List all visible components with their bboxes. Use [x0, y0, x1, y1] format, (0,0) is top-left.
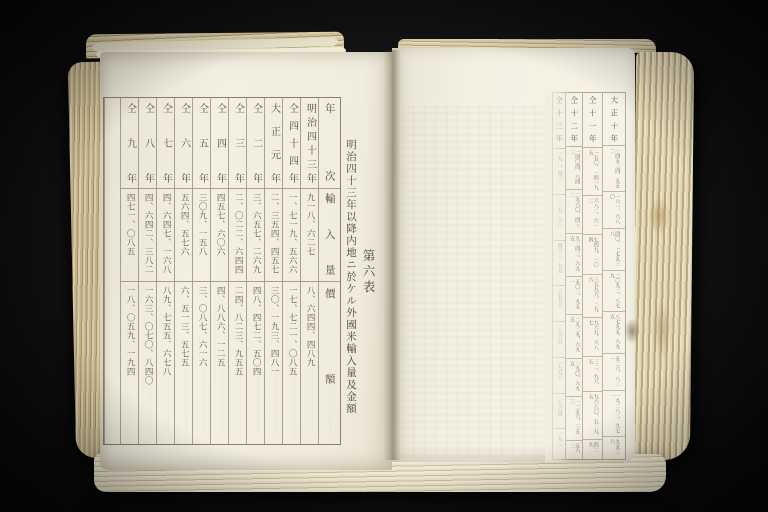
data-cell: 四〇、一七五三八 — [603, 229, 625, 271]
quantity-cell: 四、六四七、一六八 — [157, 189, 174, 282]
quantity-cell: 二、三五四、四五七 — [265, 189, 282, 282]
year-label: 仝五年 — [197, 103, 207, 183]
year-column: 仝九年四七一、〇八五一八、〇五九、一九四 — [120, 98, 138, 444]
quantity-cell: 三〇九、一五八 — [193, 189, 210, 282]
data-cell: 九六九、六八七 — [583, 318, 602, 357]
cell-value: 八七九五、六九五 — [609, 314, 620, 351]
value-cell: 八、六四四、四八九 — [301, 282, 318, 444]
year-cell: 仝九年 — [121, 98, 138, 189]
value-amount: 四八、四七二、五〇四 — [251, 286, 260, 440]
rice-import-table: 年次輸入量價額明治四十三年九一八、六二七八、六四四、四八九仝四十四年一、七一九、… — [103, 97, 341, 445]
quantity-value: 四五七、六〇六 — [215, 193, 224, 277]
cell-value: 七四九、一〇四 — [587, 237, 598, 271]
year-cell: 仝二年 — [247, 98, 264, 189]
year-cell: 仝六年 — [175, 98, 192, 189]
year-cell: 仝十一年 — [583, 93, 602, 148]
data-cell: 一六一、六八〇 — [603, 192, 625, 229]
cell-value: 一六一、六八〇 — [609, 194, 620, 226]
year-column: 仝二年三、六五七、二六九四八、四七二、五〇四 — [246, 98, 264, 444]
age-stain — [652, 300, 672, 360]
value-cell: 一八、〇五九、一九四 — [121, 282, 138, 444]
data-cell: 四二九 — [583, 440, 602, 459]
value-cell: 一六三、〇七〇、八四〇 — [139, 282, 156, 444]
value-amount: 一八、〇五九、一九四 — [125, 286, 134, 440]
value-cell: 四八、四七二、五〇四 — [247, 282, 264, 444]
quantity-cell: 九一八、六二七 — [301, 189, 318, 282]
data-cell: 一五〇、一四一九五 — [583, 148, 602, 197]
table-title: 第六表 明治四十三年以降内地ニ於ケル外國米輸入量及金額 — [344, 100, 377, 444]
quantity-value: 三、六五七、二六九 — [251, 193, 260, 277]
value-cell: 三、〇八七、六一六 — [193, 282, 210, 444]
fore-edge-page-stack — [632, 52, 694, 461]
year-label: 仝八年 — [143, 103, 153, 183]
year-label: 仝十二年 — [570, 96, 578, 142]
book-photograph: 年次輸入量價額明治四十三年九一八、六二七八、六四四、四八九仝四十四年一、七一九、… — [0, 0, 768, 512]
cell-value: 一九二八二、九七一 — [609, 393, 620, 434]
quantity-value: 四、六四七、一六八 — [161, 193, 170, 277]
quantity-value: 三〇九、一五八 — [197, 193, 206, 277]
data-cell: 一四五二四、五五二 — [603, 146, 625, 192]
value-amount: 三〇、一九三、四八一 — [269, 286, 278, 440]
cell-value: 四〇、一七五三八 — [609, 231, 620, 268]
year-cell: 仝三年 — [229, 98, 246, 189]
cell-value: 九五三六 — [609, 439, 620, 457]
quantity-value: 四七一、〇八五 — [125, 193, 134, 277]
year-label: 大正十年 — [610, 96, 618, 142]
quantity-cell: 五六四、五七六 — [175, 189, 192, 282]
ink-stain — [624, 318, 640, 344]
quantity-cell: 三、六五七、二六九 — [247, 189, 264, 282]
year-column: 大正元年二、三五四、四五七三〇、一九三、四八一 — [264, 98, 282, 444]
quantity-value: 二、〇二二、六四四 — [233, 193, 242, 277]
data-cell: 三二、九六五 — [583, 357, 602, 391]
year-column: 仝八年四、六四二、三八二一六三、〇七〇、八四〇 — [138, 98, 156, 444]
year-label: 仝七年 — [161, 103, 171, 183]
value-amount: 六、五一三、五七五 — [179, 286, 188, 440]
value-cell: 四、八八六、一二五 — [211, 282, 228, 444]
cell-value: 九六九、六八七 — [587, 320, 598, 354]
show-through-text — [402, 106, 546, 458]
value-amount: 八九、七五五、六七八 — [161, 286, 170, 440]
quantity-value: 二、三五四、四五七 — [269, 193, 278, 277]
value-amount: 二四、八二三、九五五 — [233, 286, 242, 440]
table-number-label: 第六表 — [359, 249, 377, 296]
year-column: 仝六年五六四、五七六六、五一三、五七五 — [174, 98, 192, 444]
value-amount: 四、八八六、一二五 — [215, 286, 224, 440]
cell-value: 一五〇、一四一九五 — [587, 150, 598, 194]
table-fade-overlay — [545, 90, 571, 462]
year-label: 大正元年 — [269, 103, 279, 183]
cell-value: 三二、九六五 — [587, 359, 598, 388]
year-label: 明治四十三年 — [305, 103, 315, 183]
data-cell: 一九二八二、九七一 — [603, 391, 625, 437]
cell-value: 二〇九二、八七九 — [609, 273, 620, 310]
row-header-quantity: 輸入量 — [319, 189, 340, 282]
cell-value: 四二九 — [587, 442, 598, 457]
quantity-cell: 四、六四二、三八二 — [139, 189, 156, 282]
book-gutter — [383, 50, 401, 460]
empty-column — [104, 98, 120, 444]
value-cell: 一七、七二一、〇八五 — [283, 282, 300, 444]
quantity-value: 四、六四二、三八二 — [143, 193, 152, 277]
year-column: 仝五年三〇九、一五八三、〇八七、六一六 — [192, 98, 210, 444]
quantity-cell: 四五七、六〇六 — [211, 189, 228, 282]
row-header-label: 年次 — [324, 103, 335, 181]
year-label: 仝六年 — [179, 103, 189, 183]
quantity-cell: 一、七一九、五六六 — [283, 189, 300, 282]
data-cell: 九五三六 — [603, 437, 625, 459]
year-label: 仝四十四年 — [287, 103, 297, 183]
table-title-text: 明治四十三年以降内地ニ於ケル外國米輸入量及金額 — [344, 139, 359, 415]
cell-value: 一四五二四、五五二 — [609, 148, 620, 189]
value-amount: 八、六四四、四八九 — [305, 286, 314, 440]
data-cell: 三五九六、二九六 — [583, 275, 602, 319]
year-column: 明治四十三年九一八、六二七八、六四四、四八九 — [300, 98, 318, 444]
quantity-cell: 二、〇二二、六四四 — [229, 189, 246, 282]
year-label: 仝三年 — [233, 103, 243, 183]
year-column: 仝三年二、〇二二、六四四二四、八二三、九五五 — [228, 98, 246, 444]
year-column: 仝七年四、六四七、一六八八九、七五五、六七八 — [156, 98, 174, 444]
value-cell: 六、五一三、五七五 — [175, 282, 192, 444]
value-cell: 三〇、一九三、四八一 — [265, 282, 282, 444]
table-header-column: 年次輸入量價額 — [318, 98, 340, 444]
data-cell: 六八二、六一二 — [583, 196, 602, 235]
year-column: 大正十年一四五二四、五五二一六一、六八〇四〇、一七五三八二〇九二、八七九八七九五… — [602, 93, 625, 459]
year-cell: 仝四十四年 — [283, 98, 300, 189]
quantity-value: 五六四、五七六 — [179, 193, 188, 277]
value-cell: 八九、七五五、六七八 — [157, 282, 174, 444]
year-cell: 仝七年 — [157, 98, 174, 189]
cell-value: 三五九六、二九六 — [587, 277, 598, 316]
year-column: 仝十一年一五〇、一四一九五六八二、六一二七四九、一〇四三五九六、二九六九六九、六… — [582, 93, 602, 459]
quantity-value: 九一八、六二七 — [305, 193, 314, 277]
data-cell: 九六八〇、五二九五 — [583, 392, 602, 441]
data-cell: 七四九、一〇四 — [583, 235, 602, 274]
data-cell: 八七九五、六九五 — [603, 312, 625, 354]
cell-value: 九六八〇、五二九五 — [587, 394, 598, 438]
year-cell: 仝八年 — [139, 98, 156, 189]
year-column: 仝四十四年一、七一九、五六六一七、七二一、〇八五 — [282, 98, 300, 444]
year-cell: 大正元年 — [265, 98, 282, 189]
year-cell: 仝五年 — [193, 98, 210, 189]
year-cell: 明治四十三年 — [301, 98, 318, 189]
value-amount: 三、〇八七、六一六 — [197, 286, 206, 440]
year-label: 仝九年 — [125, 103, 135, 183]
data-cell: 二〇九二、八七九 — [603, 271, 625, 313]
value-amount: 一七、七二一、〇八五 — [287, 286, 296, 440]
age-stain — [648, 196, 670, 236]
quantity-value: 一、七一九、五六六 — [287, 193, 296, 277]
row-header-value: 價額 — [319, 282, 340, 444]
year-cell: 大正十年 — [603, 93, 625, 146]
year-column: 仝四年四五七、六〇六四、八八六、一二五 — [210, 98, 228, 444]
value-cell: 二四、八二三、九五五 — [229, 282, 246, 444]
year-label: 仝二年 — [251, 103, 261, 183]
cell-value: 六八二、六一二 — [587, 198, 598, 232]
data-cell: 五二六、八二一 — [603, 354, 625, 391]
cell-value: 五二六、八二一 — [609, 356, 620, 388]
year-label: 仝十一年 — [589, 96, 597, 142]
year-label: 仝四年 — [215, 103, 225, 183]
row-header-label: 價額 — [324, 288, 335, 384]
quantity-cell: 四七一、〇八五 — [121, 189, 138, 282]
row-header-label: 輸入量 — [324, 193, 335, 275]
row-header-year: 年次 — [319, 98, 340, 189]
year-cell: 仝四年 — [211, 98, 228, 189]
value-amount: 一六三、〇七〇、八四〇 — [143, 286, 152, 440]
